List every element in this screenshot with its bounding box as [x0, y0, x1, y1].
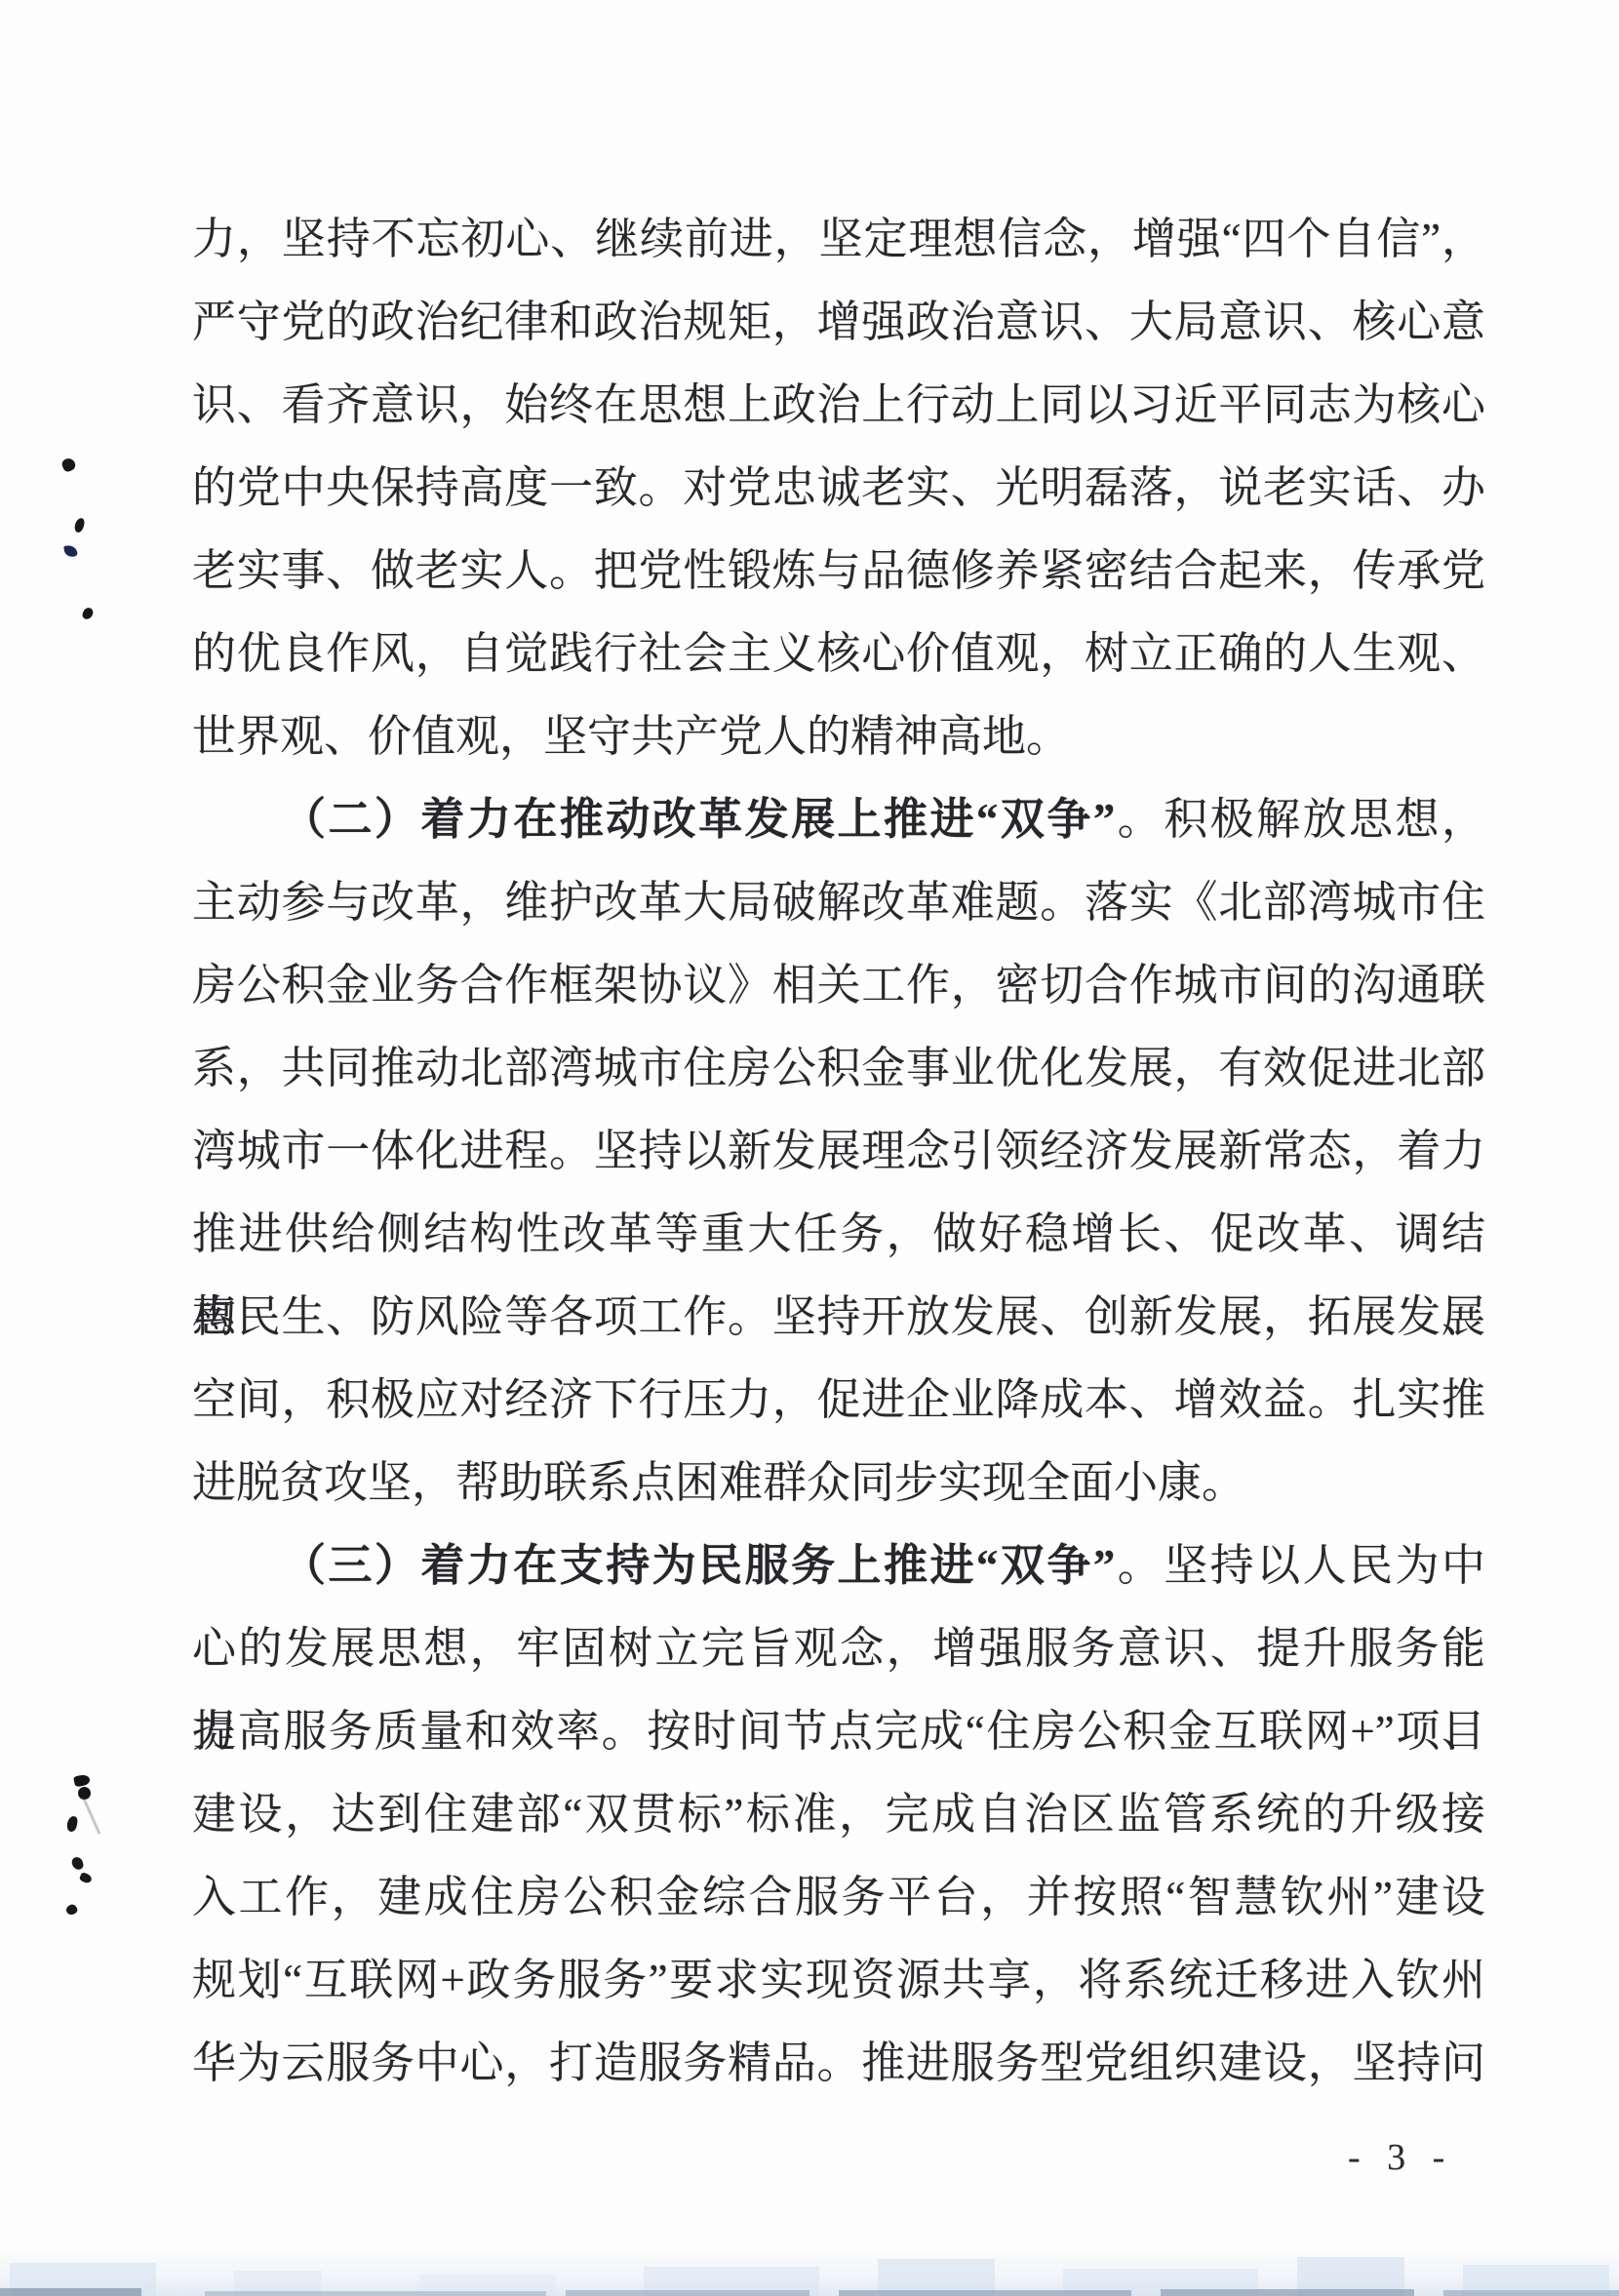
line-text: 力，坚持不忘初心、继续前进，坚定理想信念，增强“四个自信”，	[192, 215, 1485, 263]
ink-speck-artifact	[60, 456, 77, 473]
text-line: 提高服务质量和效率。按时间节点完成“住房公积金互联网+”项目	[192, 1690, 1485, 1773]
line-text: 主动参与改革，维护改革大局破解改革难题。落实《北部湾城市住	[192, 878, 1485, 927]
text-line: 推进供给侧结构性改革等重大任务，做好稳增长、促改革、调结构、	[192, 1193, 1485, 1276]
scan-edge-line	[566, 2290, 809, 2296]
text-line: 力，坚持不忘初心、继续前进，坚定理想信念，增强“四个自信”，	[192, 198, 1485, 281]
heading-bold-text: （二）着力在推动改革发展上推进“双争”	[282, 795, 1115, 844]
line-text: 空间，积极应对经济下行压力，促进企业降成本、增效益。扎实推	[192, 1375, 1485, 1424]
line-text: 识、看齐意识，始终在思想上政治上行动上同以习近平同志为核心	[192, 380, 1485, 429]
heading-line: （二）着力在推动改革发展上推进“双争”。积极解放思想，	[192, 778, 1485, 861]
text-line: 空间，积极应对经济下行压力，促进企业降成本、增效益。扎实推	[192, 1359, 1485, 1442]
text-line: 心的发展思想，牢固树立完旨观念，增强服务意识、提升服务能力、	[192, 1607, 1485, 1690]
text-line: 识、看齐意识，始终在思想上政治上行动上同以习近平同志为核心	[192, 364, 1485, 447]
line-text: 规划“互联网+政务服务”要求实现资源共享，将系统迁移进入钦州	[192, 1956, 1485, 2004]
line-text: 的优良作风，自觉践行社会主义核心价值观，树立正确的人生观、	[192, 629, 1485, 678]
line-text: 系，共同推动北部湾城市住房公积金事业优化发展，有效促进北部	[192, 1044, 1485, 1092]
text-line: 房公积金业务合作框架协议》相关工作，密切合作城市间的沟通联	[192, 944, 1485, 1027]
line-text: 世界观、价值观，坚守共产党人的精神高地。	[192, 712, 1070, 761]
text-line: 华为云服务中心，打造服务精品。推进服务型党组织建设，坚持问	[192, 2022, 1485, 2105]
ink-speck-artifact	[81, 607, 94, 621]
text-line: 惠民生、防风险等各项工作。坚持开放发展、创新发展，拓展发展	[192, 1276, 1485, 1359]
text-line: 建设，达到住建部“双贯标”标准，完成自治区监管系统的升级接	[192, 1773, 1485, 1856]
heading-bold-text: （三）着力在支持为民服务上推进“双争”	[282, 1541, 1115, 1590]
text-line: 世界观、价值观，坚守共产党人的精神高地。	[192, 695, 1485, 778]
ink-speck-artifact	[63, 544, 78, 558]
line-text: 房公积金业务合作框架协议》相关工作，密切合作城市间的沟通联	[192, 961, 1485, 1009]
line-text: 。积极解放思想，	[1115, 795, 1485, 844]
line-text: 建设，达到住建部“双贯标”标准，完成自治区监管系统的升级接	[192, 1790, 1485, 1839]
scan-edge-line	[205, 2291, 546, 2296]
text-line: 的党中央保持高度一致。对党忠诚老实、光明磊落，说老实话、办	[192, 447, 1485, 530]
line-text: 进脱贫攻坚，帮助联系点困难群众同步实现全面小康。	[192, 1458, 1245, 1507]
ink-speck-artifact	[79, 1872, 94, 1884]
text-line: 规划“互联网+政务服务”要求实现资源共享，将系统迁移进入钦州	[192, 1939, 1485, 2022]
line-text: 入工作，建成住房公积金综合服务平台，并按照“智慧钦州”建设	[192, 1873, 1485, 1921]
line-text: 老实事、做老实人。把党性锻炼与品德修养紧密结合起来，传承党	[192, 546, 1485, 595]
text-line: 主动参与改革，维护改革大局破解改革难题。落实《北部湾城市住	[192, 861, 1485, 944]
document-body: 力，坚持不忘初心、继续前进，坚定理想信念，增强“四个自信”，严守党的政治纪律和政…	[192, 198, 1485, 2105]
ink-speck-artifact	[64, 1903, 79, 1917]
line-text: 提高服务质量和效率。按时间节点完成“住房公积金互联网+”项目	[192, 1707, 1485, 1756]
scan-edge-line	[839, 2290, 1131, 2296]
line-text: 。坚持以人民为中	[1115, 1541, 1485, 1590]
page-number: - 3 -	[1348, 2136, 1453, 2179]
scan-edge-line	[1443, 2290, 1619, 2296]
text-line: 进脱贫攻坚，帮助联系点困难群众同步实现全面小康。	[192, 1442, 1485, 1524]
ink-speck-artifact	[66, 1815, 79, 1832]
ink-speck-artifact	[74, 517, 86, 534]
line-text: 湾城市一体化进程。坚持以新发展理念引领经济发展新常态，着力	[192, 1127, 1485, 1175]
heading-line: （三）着力在支持为民服务上推进“双争”。坚持以人民为中	[192, 1524, 1485, 1607]
line-text: 惠民生、防风险等各项工作。坚持开放发展、创新发展，拓展发展	[192, 1292, 1485, 1341]
text-line: 湾城市一体化进程。坚持以新发展理念引领经济发展新常态，着力	[192, 1110, 1485, 1193]
line-text: 严守党的政治纪律和政治规矩，增强政治意识、大局意识、核心意	[192, 297, 1485, 346]
ink-speck-artifact	[82, 1796, 101, 1835]
text-line: 系，共同推动北部湾城市住房公积金事业优化发展，有效促进北部	[192, 1027, 1485, 1110]
text-line: 严守党的政治纪律和政治规矩，增强政治意识、大局意识、核心意	[192, 281, 1485, 364]
ink-speck-artifact	[71, 1856, 85, 1871]
scan-edge-line	[0, 2288, 141, 2296]
text-line: 的优良作风，自觉践行社会主义核心价值观，树立正确的人生观、	[192, 613, 1485, 695]
ink-speck-artifact	[73, 1773, 91, 1787]
text-line: 老实事、做老实人。把党性锻炼与品德修养紧密结合起来，传承党	[192, 530, 1485, 613]
text-line: 入工作，建成住房公积金综合服务平台，并按照“智慧钦州”建设	[192, 1856, 1485, 1939]
scan-edge-artifact	[0, 2243, 1619, 2296]
line-text: 华为云服务中心，打造服务精品。推进服务型党组织建设，坚持问	[192, 2039, 1485, 2087]
line-text: 的党中央保持高度一致。对党忠诚老实、光明磊落，说老实话、办	[192, 463, 1485, 512]
scan-edge-line	[1161, 2289, 1414, 2296]
scanned-page: 力，坚持不忘初心、继续前进，坚定理想信念，增强“四个自信”，严守党的政治纪律和政…	[0, 0, 1619, 2296]
